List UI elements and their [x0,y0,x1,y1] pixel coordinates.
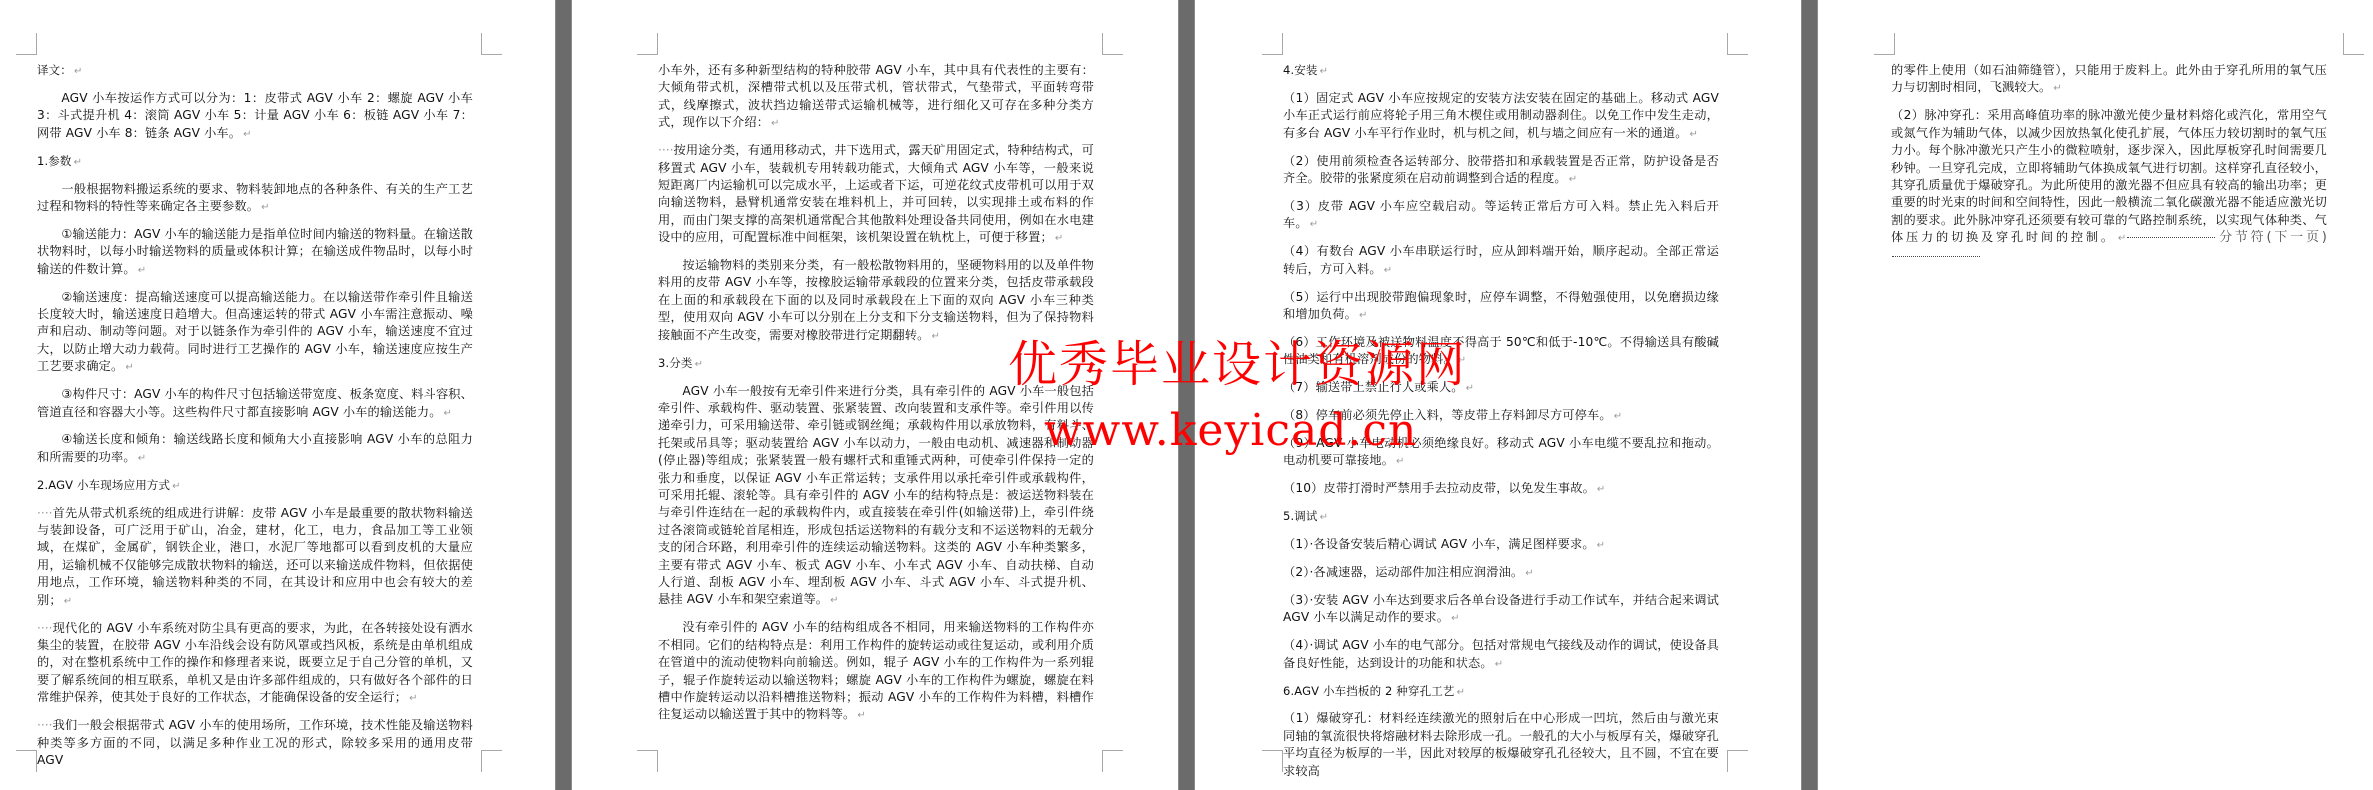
paragraph-text: 现代化的 AGV 小车系统对防尘具有更高的要求，为此，在各转接处设有洒水集尘的装… [37,621,473,705]
paragraph-mark-icon: ↵ [1396,456,1405,467]
paragraph-text: 小车外，还有多种新型结构的特种胶带 AGV 小车，其中具有代表性的主要有：大倾角… [658,63,1094,129]
paragraph-mark-icon: ↵ [1614,411,1623,422]
paragraph[interactable]: ····按用途分类，有通用移动式，井下选用式，露天矿用固定式，特种结构式，可移置… [658,142,1094,247]
margin-corner-mark [1102,750,1123,772]
paragraph-mark-icon: ↵ [125,362,134,373]
paragraph[interactable]: （1）·各设备安装后精心调试 AGV 小车，满足图样要求。↵ [1283,536,1719,554]
paragraph-mark-icon: ↵ [931,331,940,342]
section-heading[interactable]: 5.调试↵ [1283,508,1719,526]
paragraph-mark-icon: ↵ [1451,613,1460,624]
page-content[interactable]: 4.安装↵（1）固定式 AGV 小车应按规定的安装方法安装在固定的基础上。移动式… [1283,62,1719,790]
indent-space-marks: ···· [658,143,674,157]
paragraph[interactable]: ····我们一般会根据带式 AGV 小车的使用场所，工作环境，技术性能及输送物料… [37,717,473,769]
paragraph-mark-icon: ↵ [1569,174,1578,185]
document-page-2[interactable]: 小车外，还有多种新型结构的特种胶带 AGV 小车，其中具有代表性的主要有：大倾角… [572,0,1178,790]
paragraph-text: 一般根据物料搬运系统的要求、物料装卸地点的各种条件、有关的生产工艺过程和物料的特… [37,182,473,213]
section-heading[interactable]: 4.安装↵ [1283,62,1719,80]
paragraph-text: 5.调试 [1283,509,1318,523]
paragraph-mark-icon: ↵ [138,265,147,276]
paragraph-mark-icon: ↵ [74,66,83,77]
page-gap [555,0,572,790]
paragraph[interactable]: （3）·安装 AGV 小车达到要求后各单台设备进行手动工作试车，并结合起来调试 … [1283,592,1719,628]
paragraph-mark-icon: ↵ [409,693,418,704]
paragraph[interactable]: ②输送速度：提高输送速度可以提高输送能力。在以输送带作牵引件且输送长度较大时，输… [37,289,473,377]
paragraph[interactable]: 一般根据物料搬运系统的要求、物料装卸地点的各种条件、有关的生产工艺过程和物料的特… [37,181,473,217]
page-gap [1801,0,1818,790]
paragraph-mark-icon: ↵ [1466,383,1475,394]
indent-space-marks: ···· [37,621,53,635]
paragraph[interactable]: 小车外，还有多种新型结构的特种胶带 AGV 小车，其中具有代表性的主要有：大倾角… [658,62,1094,133]
page-content[interactable]: 译文：↵AGV 小车按运作方式可以分为：1：皮带式 AGV 小车 2：螺旋 AG… [37,62,473,779]
margin-corner-mark [1727,750,1748,772]
paragraph[interactable]: （9）AGV 小车电动机必须绝缘良好。移动式 AGV 小车电缆不要乱拉和拖动。电… [1283,435,1719,471]
paragraph-text: （2）脉冲穿孔：采用高峰值功率的脉冲激光使少量材料熔化或汽化，常用空气或氮气作为… [1891,108,2327,244]
paragraph-mark-icon: ↵ [695,359,704,370]
paragraph-mark-icon: ↵ [1055,233,1064,244]
margin-corner-mark [481,750,502,772]
paragraph-text: 6.AGV 小车挡板的 2 种穿孔工艺 [1283,684,1455,698]
margin-corner-mark [2343,33,2364,55]
paragraph-text: 我们一般会根据带式 AGV 小车的使用场所，工作环境，技术性能及输送物料种类等多… [37,718,473,767]
document-page-1[interactable]: 译文：↵AGV 小车按运作方式可以分为：1：皮带式 AGV 小车 2：螺旋 AG… [0,0,555,790]
paragraph-text: （10）皮带打滑时严禁用手去拉动皮带，以免发生事故。 [1283,481,1595,495]
indent-space-marks: ···· [37,718,53,732]
paragraph[interactable]: AGV 小车一般按有无牵引件来进行分类，具有牵引件的 AGV 小车一般包括牵引件… [658,383,1094,610]
paragraph[interactable]: 没有牵引件的 AGV 小车的结构组成各不相同，用来输送物料的工作构件亦不相同。它… [658,619,1094,724]
paragraph[interactable]: 的零件上使用（如石油筛缝管），只能用于废料上。此外由于穿孔所用的氧气压力与切割时… [1891,62,2327,98]
paragraph-text: （5）运行中出现胶带跑偏现象时，应停车调整，不得勉强使用，以免磨损边缘和增加负荷… [1283,290,1719,321]
paragraph-mark-icon: ↵ [1525,568,1534,579]
paragraph[interactable]: （10）皮带打滑时严禁用手去拉动皮带，以免发生事故。↵ [1283,480,1719,498]
paragraph-mark-icon: ↵ [1495,659,1504,670]
margin-corner-mark [481,33,502,55]
page-gap [1178,0,1195,790]
paragraph-text: 的零件上使用（如石油筛缝管），只能用于废料上。此外由于穿孔所用的氧气压力与切割时… [1891,63,2327,94]
paragraph[interactable]: （6）工作环境及被送物料温度不得高于 50℃和低于-10℃。不得输送具有酸碱性油… [1283,334,1719,370]
margin-corner-mark [637,750,658,772]
paragraph[interactable]: （2）脉冲穿孔：采用高峰值功率的脉冲激光使少量材料熔化或汽化，常用空气或氮气作为… [1891,107,2327,265]
section-heading[interactable]: 1.参数↵ [37,153,473,171]
paragraph-text: 3.分类 [658,356,693,370]
paragraph-text: （3）·安装 AGV 小车达到要求后各单台设备进行手动工作试车，并结合起来调试 … [1283,593,1719,624]
paragraph[interactable]: ①输送能力：AGV 小车的输送能力是指单位时间内输送的物料量。在输送散状物料时，… [37,226,473,279]
paragraph-text: （1）爆破穿孔：材料经连续激光的照射后在中心形成一凹坑，然后由与激光束同轴的氧流… [1283,711,1719,777]
paragraph-mark-icon: ↵ [1690,129,1699,140]
paragraph-text: （2）·各减速器，运动部件加注相应润滑油。 [1283,565,1523,579]
paragraph-mark-icon: ↵ [1320,512,1329,523]
paragraph-text: 4.安装 [1283,63,1318,77]
paragraph-text: （4）有数台 AGV 小车串联运行时，应从卸料端开始，顺序起动。全部正常运转后，… [1283,244,1719,275]
paragraph-text: （1）固定式 AGV 小车应按规定的安装方法安装在固定的基础上。移动式 AGV … [1283,91,1719,140]
paragraph-text: ③构件尺寸：AGV 小车的构件尺寸包括输送带宽度、板条宽度、料斗容积、管道直径和… [37,387,473,418]
paragraph-text: （8）停车前必须先停止入料，等皮带上存料卸尽方可停车。 [1283,408,1612,422]
paragraph-text: （1）·各设备安装后精心调试 AGV 小车，满足图样要求。 [1283,537,1595,551]
paragraph-mark-icon: ↵ [2053,83,2062,94]
paragraph-text: 首先从带式机系统的组成进行讲解：皮带 AGV 小车是最重要的散状物料输送与装卸设… [37,506,473,607]
document-page-4[interactable]: 的零件上使用（如石油筛缝管），只能用于废料上。此外由于穿孔所用的氧气压力与切割时… [1818,0,2373,790]
paragraph[interactable]: （1）爆破穿孔：材料经连续激光的照射后在中心形成一凹坑，然后由与激光束同轴的氧流… [1283,710,1719,780]
paragraph-text: ①输送能力：AGV 小车的输送能力是指单位时间内输送的物料量。在输送散状物料时，… [37,227,473,276]
paragraph-mark-icon: ↵ [261,202,270,213]
margin-corner-mark [1262,750,1283,772]
paragraph-text: 1.参数 [37,154,72,168]
margin-corner-mark [1874,33,1895,55]
paragraph[interactable]: （7）输送带上禁止行人或乘人。↵ [1283,379,1719,397]
page-content[interactable]: 小车外，还有多种新型结构的特种胶带 AGV 小车，其中具有代表性的主要有：大倾角… [658,62,1094,734]
paragraph-mark-icon: ↵ [771,118,780,129]
paragraph[interactable]: 按运输物料的类别来分类，有一般松散物料用的，坚硬物料用的以及单件物料用的皮带 A… [658,257,1094,345]
indent-space-marks: ···· [37,506,53,520]
paragraph[interactable]: （5）运行中出现胶带跑偏现象时，应停车调整，不得勉强使用，以免磨损边缘和增加负荷… [1283,289,1719,325]
margin-corner-mark [16,750,37,772]
margin-corner-mark [1727,33,1748,55]
paragraph[interactable]: （4）有数台 AGV 小车串联运行时，应从卸料端开始，顺序起动。全部正常运转后，… [1283,243,1719,279]
margin-corner-mark [16,33,37,55]
paragraph[interactable]: AGV 小车按运作方式可以分为：1：皮带式 AGV 小车 2：螺旋 AGV 小车… [37,90,473,143]
paragraph-mark-icon: ↵ [1320,66,1329,77]
document-page-3[interactable]: 4.安装↵（1）固定式 AGV 小车应按规定的安装方法安装在固定的基础上。移动式… [1195,0,1801,790]
paragraph[interactable]: ····首先从带式机系统的组成进行讲解：皮带 AGV 小车是最重要的散状物料输送… [37,505,473,610]
paragraph-mark-icon: ↵ [830,595,839,606]
paragraph-mark-icon: ↵ [1597,540,1606,551]
paragraph-text: ②输送速度：提高输送速度可以提高输送能力。在以输送带作牵引件且输送长度较大时，输… [37,290,473,374]
paragraph[interactable]: （2）使用前须检查各运转部分、胶带搭扣和承载装置是否正常，防护设备是否齐全。胶带… [1283,153,1719,189]
section-heading[interactable]: 3.分类↵ [658,355,1094,373]
paragraph[interactable]: ③构件尺寸：AGV 小车的构件尺寸包括输送带宽度、板条宽度、料斗容积、管道直径和… [37,386,473,422]
paragraph[interactable]: （2）·各减速器，运动部件加注相应润滑油。↵ [1283,564,1719,582]
paragraph-mark-icon: ↵ [64,596,73,607]
paragraph-text: （9）AGV 小车电动机必须绝缘良好。移动式 AGV 小车电缆不要乱拉和拖动。电… [1283,436,1719,467]
paragraph-text: 译文： [37,63,72,77]
paragraph-text: （3）皮带 AGV 小车应空载启动。等运转正常后方可入料。禁止先入料后开车。 [1283,199,1719,230]
margin-corner-mark [1262,33,1283,55]
page-content[interactable]: 的零件上使用（如石油筛缝管），只能用于废料上。此外由于穿孔所用的氧气压力与切割时… [1891,62,2327,274]
section-heading[interactable]: 6.AGV 小车挡板的 2 种穿孔工艺↵ [1283,683,1719,701]
paragraph-mark-icon: ↵ [857,710,866,721]
paragraph-mark-icon: ↵ [172,481,181,492]
paragraph-mark-icon: ↵ [243,129,252,140]
section-heading[interactable]: 译文：↵ [37,62,473,80]
paragraph[interactable]: ····现代化的 AGV 小车系统对防尘具有更高的要求，为此，在各转接处设有洒水… [37,620,473,708]
paragraph-mark-icon: ↵ [1457,687,1466,698]
paragraph[interactable]: （4）·调试 AGV 小车的电气部分。包括对常规电气接线及动作的调试，使设备具备… [1283,637,1719,673]
margin-corner-mark [637,33,658,55]
paragraph-text: （7）输送带上禁止行人或乘人。 [1283,380,1464,394]
margin-corner-mark [1102,33,1123,55]
paragraph-text: 按运输物料的类别来分类，有一般松散物料用的，坚硬物料用的以及单件物料用的皮带 A… [658,258,1094,342]
section-heading[interactable]: 2.AGV 小车现场应用方式↵ [37,477,473,495]
paragraph-text: AGV 小车按运作方式可以分为：1：皮带式 AGV 小车 2：螺旋 AGV 小车… [37,91,473,140]
paragraph-text: ④输送长度和倾角：输送线路长度和倾角大小直接影响 AGV 小车的总阻力和所需要的… [37,432,473,463]
paragraph-mark-icon: ↵ [138,453,147,464]
paragraph-mark-icon: ↵ [1359,310,1368,321]
paragraph-mark-icon: ↵ [1458,355,1467,366]
paragraph-mark-icon: ↵ [444,408,453,419]
paragraph-mark-icon: ↵ [1310,219,1319,230]
paragraph-mark-icon: ↵ [1384,265,1393,276]
paragraph-mark-icon: ↵ [74,157,83,168]
paragraph-text: 按用途分类，有通用移动式，井下选用式，露天矿用固定式，特种结构式，可移置式 AG… [658,143,1094,244]
paragraph-text: （6）工作环境及被送物料温度不得高于 50℃和低于-10℃。不得输送具有酸碱性油… [1283,335,1719,366]
paragraph[interactable]: ④输送长度和倾角：输送线路长度和倾角大小直接影响 AGV 小车的总阻力和所需要的… [37,431,473,467]
paragraph[interactable]: （8）停车前必须先停止入料，等皮带上存料卸尽方可停车。↵ [1283,407,1719,425]
paragraph-text: AGV 小车一般按有无牵引件来进行分类，具有牵引件的 AGV 小车一般包括牵引件… [658,384,1094,607]
paragraph-text: （2）使用前须检查各运转部分、胶带搭扣和承载装置是否正常，防护设备是否齐全。胶带… [1283,154,1719,185]
paragraph[interactable]: （3）皮带 AGV 小车应空载启动。等运转正常后方可入料。禁止先入料后开车。↵ [1283,198,1719,234]
paragraph[interactable]: （1）固定式 AGV 小车应按规定的安装方法安装在固定的基础上。移动式 AGV … [1283,90,1719,143]
paragraph-mark-icon: ↵ [1597,484,1606,495]
paragraph-text: 没有牵引件的 AGV 小车的结构组成各不相同，用来输送物料的工作构件亦不相同。它… [658,620,1094,721]
paragraph-text: 2.AGV 小车现场应用方式 [37,478,170,492]
